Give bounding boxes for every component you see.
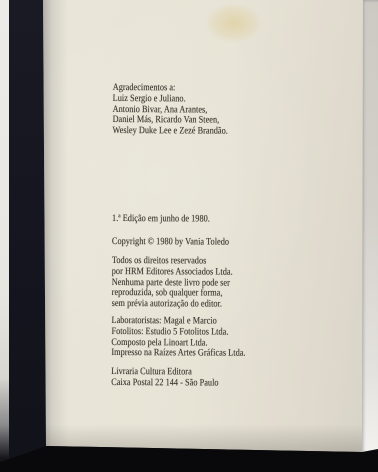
rights-paragraph: Todos os direitos reservados por HRM Edi…	[112, 256, 233, 311]
copyright-line: Copyright © 1980 by Vania Toledo	[112, 237, 229, 248]
text-line: Copyright © 1980 by Vania Toledo	[112, 237, 229, 248]
text-line: Impresso na Raízes Artes Gráficas Ltda.	[111, 348, 245, 359]
colophon-text: Agradecimentos a: Luiz Sergio e Juliano.…	[0, 0, 378, 472]
text-line: Wesley Duke Lee e Zezé Brandão.	[112, 126, 227, 137]
text-line: 1.ª Edição em junho de 1980.	[112, 214, 210, 225]
text-line: Caixa Postal 22 144 - São Paulo	[111, 378, 218, 389]
book-photo-scene: Agradecimentos a: Luiz Sergio e Juliano.…	[0, 0, 378, 472]
text-line: sem prévia autorização do editor.	[112, 299, 233, 310]
production-credits-paragraph: Laboratoristas: Magal e Marcio Fotolitos…	[111, 316, 245, 360]
book-page: Agradecimentos a: Luiz Sergio e Juliano.…	[0, 0, 378, 472]
edition-line: 1.ª Edição em junho de 1980.	[112, 214, 210, 225]
acknowledgments-paragraph: Agradecimentos a: Luiz Sergio e Juliano.…	[112, 83, 228, 138]
publisher-paragraph: Livraria Cultura Editora Caixa Postal 22…	[111, 367, 218, 389]
